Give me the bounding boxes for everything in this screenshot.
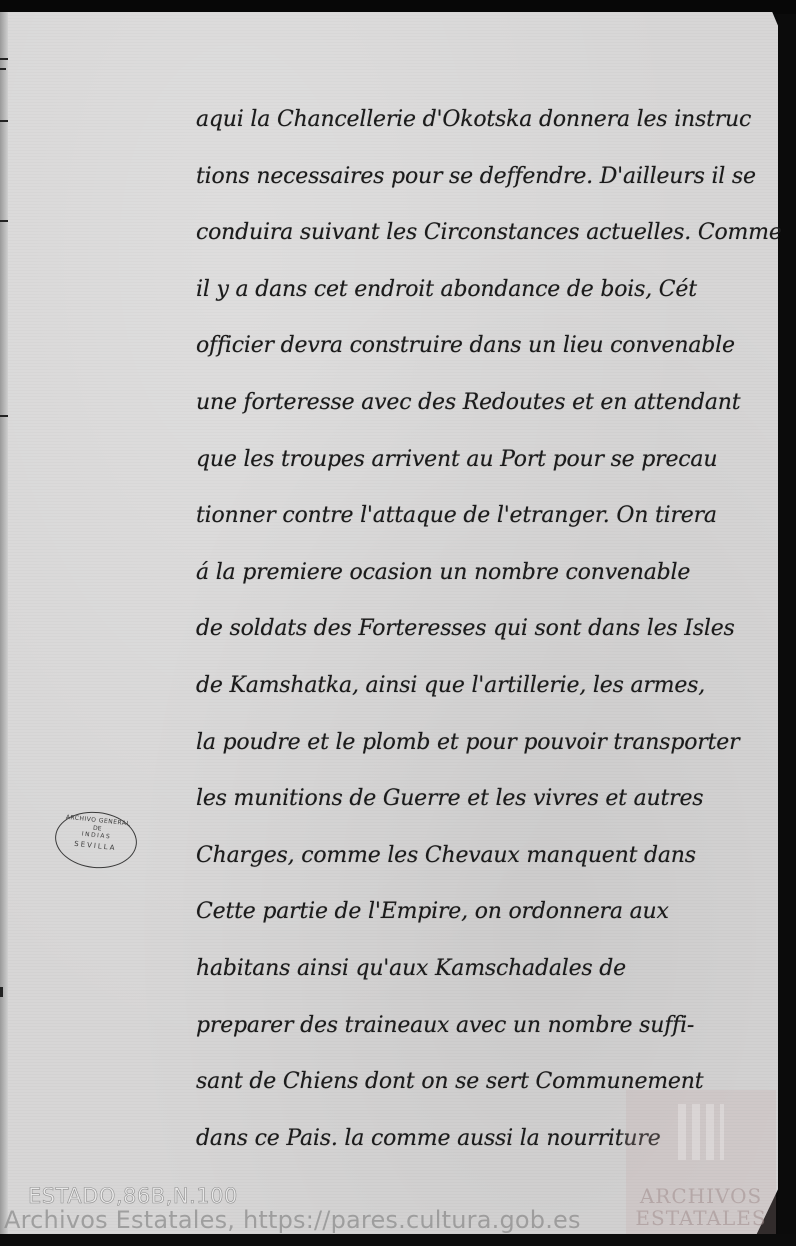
text-line: preparer des traineaux avec un nombre su… [196,998,786,1055]
text-line: une forteresse avec des Redoutes et en a… [196,375,786,432]
binding-edge [0,12,8,1234]
edge-mark [0,58,8,60]
edge-mark [0,987,3,997]
edge-mark [0,220,8,222]
text-line: aqui la Chancellerie d'Okotska donnera l… [196,92,786,149]
scan-frame-top [0,0,796,14]
scan-frame-bottom [0,1234,796,1246]
text-line: tions necessaires pour se deffendre. D'a… [196,149,786,206]
document-reference: ESTADO,86B,N.100 [28,1184,238,1208]
text-line: á la premiere ocasion un nombre convenab… [196,545,786,602]
archive-credit: Archivos Estatales, https://pares.cultur… [4,1206,581,1234]
text-line: Charges, comme les Chevaux manquent dans [196,828,786,885]
handwritten-text-block: aqui la Chancellerie d'Okotska donnera l… [196,92,786,1167]
text-line: habitans ainsi qu'aux Kamschadales de [196,941,786,998]
text-line: officier devra construire dans un lieu c… [196,318,786,375]
logo-text-1: ARCHIVOS [626,1184,776,1208]
edge-mark [0,415,8,417]
text-line: que les troupes arrivent au Port pour se… [196,432,786,489]
archivos-estatales-logo-watermark: ARCHIVOS ESTATALES [626,1090,776,1240]
text-line: conduira suivant les Circonstances actue… [196,205,786,262]
text-line: tionner contre l'attaque de l'etranger. … [196,488,786,545]
text-line: Cette partie de l'Empire, on ordonnera a… [196,884,786,941]
text-line: de soldats des Forteresses qui sont dans… [196,601,786,658]
edge-mark [0,68,6,70]
logo-text-2: ESTATALES [626,1206,776,1230]
edge-mark [0,120,8,122]
text-line: la poudre et le plomb et pour pouvoir tr… [196,715,786,772]
text-line: il y a dans cet endroit abondance de boi… [196,262,786,319]
text-line: les munitions de Guerre et les vivres et… [196,771,786,828]
columns-icon [678,1104,724,1160]
text-line: de Kamshatka, ainsi que l'artillerie, le… [196,658,786,715]
